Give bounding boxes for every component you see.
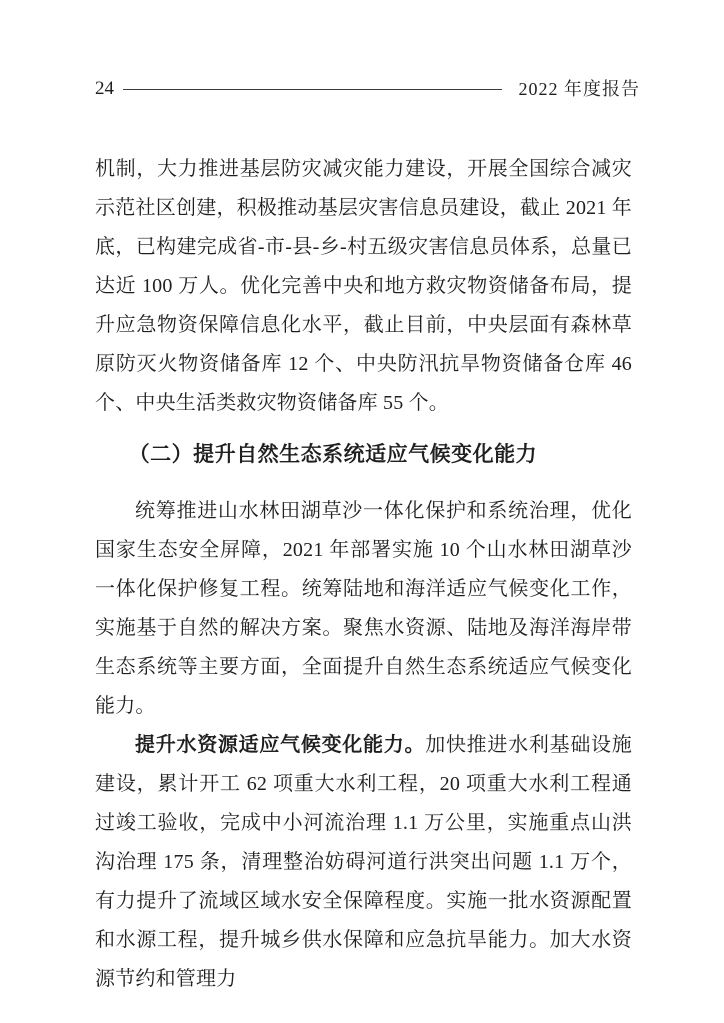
report-title: 2022 年度报告: [519, 78, 641, 100]
body-paragraph-1: 机制，大力推进基层防灾减灾能力建设，开展全国综合减灾示范社区创建，积极推动基层灾…: [95, 150, 632, 423]
body-paragraph-3: 提升水资源适应气候变化能力。加快推进水利基础设施建设，累计开工 62 项重大水利…: [95, 726, 632, 999]
body-paragraph-2: 统筹推进山水林田湖草沙一体化保护和系统治理，优化国家生态安全屏障，2021 年部…: [95, 492, 632, 726]
section-heading: （二）提升自然生态系统适应气候变化能力: [95, 439, 632, 471]
page-body: 机制，大力推进基层防灾减灾能力建设，开展全国综合减灾示范社区创建，积极推动基层灾…: [95, 150, 632, 999]
paragraph-3-text: 加快推进水利基础设施建设，累计开工 62 项重大水利工程，20 项重大水利工程通…: [95, 734, 632, 990]
header-rule: [123, 89, 502, 90]
paragraph-3-lead-bold: 提升水资源适应气候变化能力。: [135, 734, 425, 756]
page-header: 24 2022 年度报告: [95, 78, 640, 100]
report-page: 24 2022 年度报告 机制，大力推进基层防灾减灾能力建设，开展全国综合减灾示…: [0, 0, 724, 1023]
page-number: 24: [95, 78, 114, 100]
